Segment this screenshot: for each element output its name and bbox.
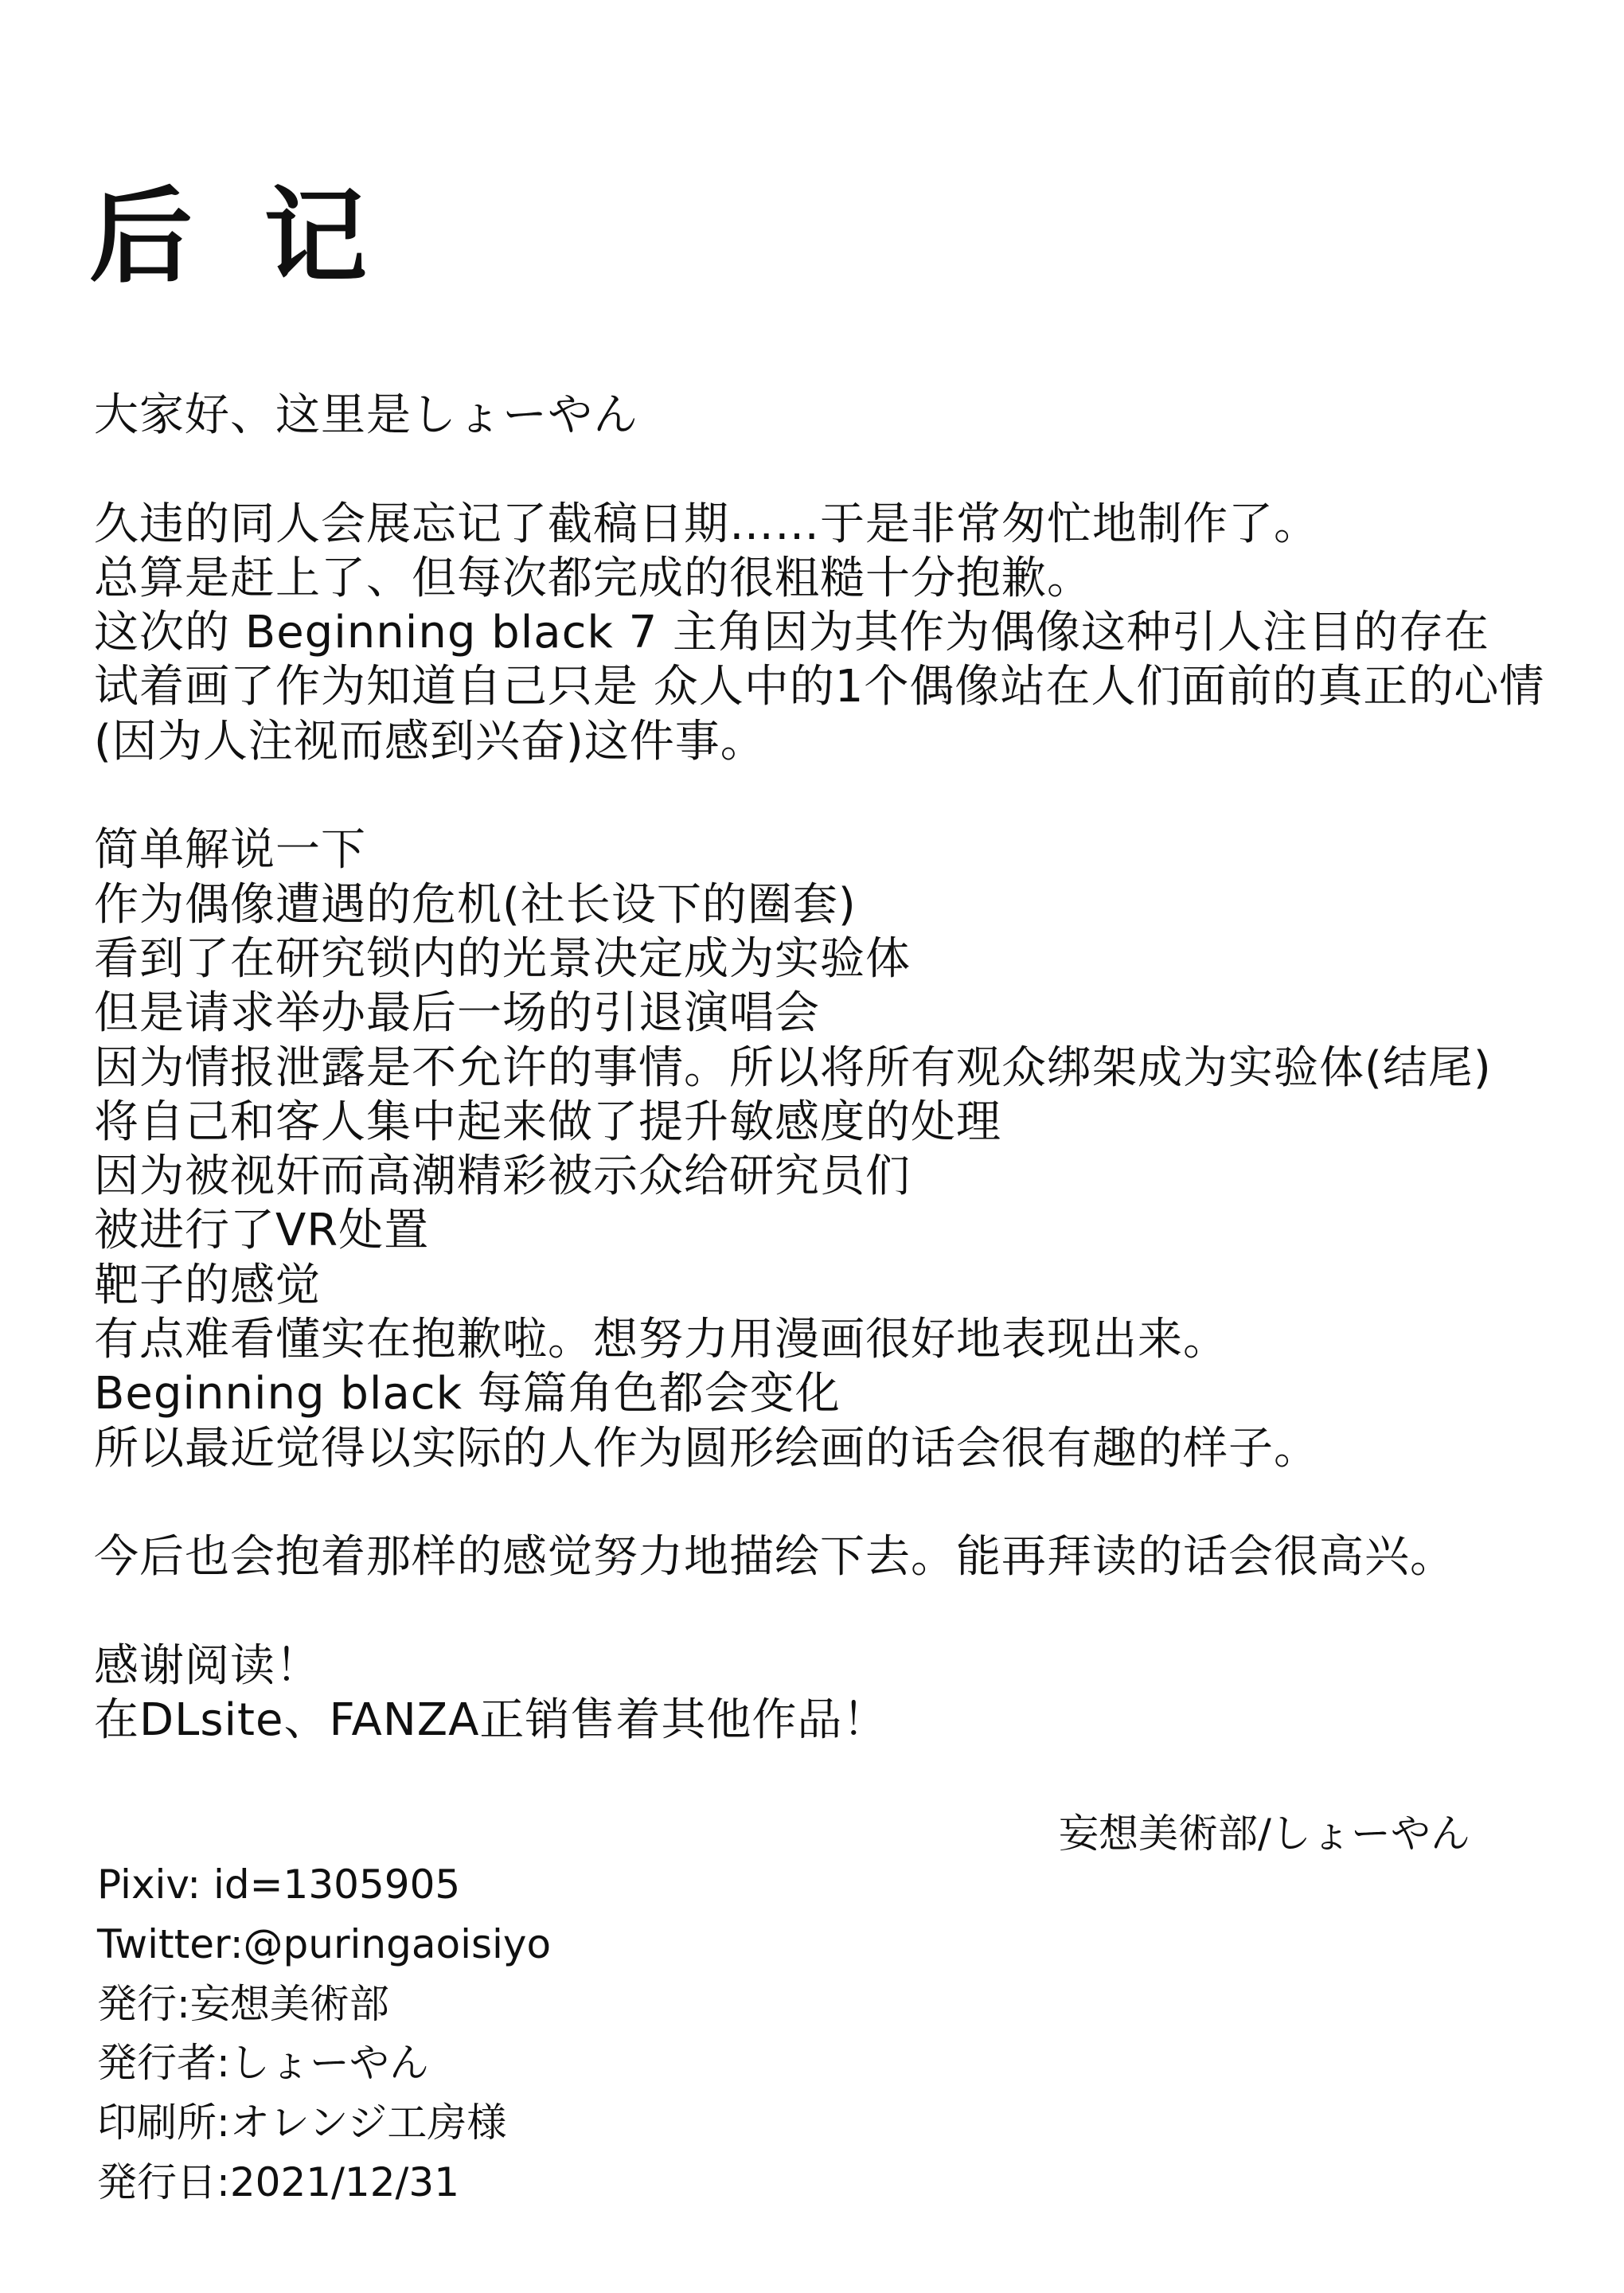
summary-line: 所以最近觉得以实际的人作为圆形绘画的话会很有趣的样子。: [94, 1422, 1544, 1476]
closing-line: 今后也会抱着那样的感觉努力地描绘下去。能再拜读的话会很高兴。: [94, 1530, 1544, 1584]
greeting-line: 大家好、这里是しょーやん: [94, 389, 1544, 443]
afterword-page: 后 记 大家好、这里是しょーやん 久违的同人会展忘记了截稿日期……于是非常匆忙地…: [0, 0, 1624, 2293]
intro-line: 试着画了作为知道自己只是 众人中的1个偶像站在人们面前的真正的心情: [94, 660, 1544, 714]
summary-line: 靶子的感觉: [94, 1259, 1544, 1313]
thanks-line: 在DLsite、FANZA正销售着其他作品！: [94, 1693, 1544, 1748]
summary-line: 简单解说一下: [94, 823, 1544, 877]
thanks-line: 感谢阅读！: [94, 1639, 1544, 1693]
afterword-body: 大家好、这里是しょーやん 久违的同人会展忘记了截稿日期……于是非常匆忙地制作了。…: [94, 389, 1544, 1748]
intro-line: 总算是赶上了、但每次都完成的很粗糙十分抱歉。: [94, 552, 1544, 606]
spacer-line: [94, 1476, 1544, 1530]
summary-line: 看到了在研究锁内的光景决定成为实验体: [94, 932, 1544, 986]
intro-line: 久违的同人会展忘记了截稿日期……于是非常匆忙地制作了。: [94, 498, 1544, 552]
summary-line: 但是请求举办最后一场的引退演唱会: [94, 986, 1544, 1041]
spacer-line: [94, 769, 1544, 823]
summary-line: 因为情报泄露是不允许的事情。所以将所有观众绑架成为实验体(结尾): [94, 1041, 1544, 1096]
page-title: 后 记: [89, 185, 369, 288]
intro-line: 这次的 Beginning black 7 主角因为其作为偶像这种引人注目的存在: [94, 606, 1544, 660]
colophon-pixiv-id: Pixiv: id=1305905: [97, 1855, 551, 1915]
summary-line: 因为被视奸而高潮精彩被示众给研究员们: [94, 1150, 1544, 1204]
colophon-publisher: 発行:妄想美術部: [97, 1975, 551, 2034]
spacer-line: [94, 443, 1544, 497]
summary-line: Beginning black 每篇角色都会变化: [94, 1367, 1544, 1421]
spacer-line: [94, 1585, 1544, 1639]
colophon-printer: 印刷所:オレンジ工房様: [97, 2093, 551, 2153]
summary-line: 作为偶像遭遇的危机(社长设下的圈套): [94, 878, 1544, 932]
colophon-block: Pixiv: id=1305905 Twitter:@puringaoisiyo…: [97, 1855, 551, 2213]
colophon-publish-date: 発行日:2021/12/31: [97, 2153, 551, 2213]
summary-line: 有点难看懂实在抱歉啦。想努力用漫画很好地表现出来。: [94, 1313, 1544, 1367]
colophon-issuer: 発行者:しょーやん: [97, 2033, 551, 2093]
summary-line: 被进行了VR处置: [94, 1204, 1544, 1258]
intro-line: (因为人注视而感到兴奋)这件事。: [94, 715, 1544, 769]
summary-line: 将自己和客人集中起来做了提升敏感度的处理: [94, 1096, 1544, 1150]
colophon-twitter-handle: Twitter:@puringaoisiyo: [97, 1915, 551, 1975]
circle-author-credit: 妄想美術部/しょーやん: [1059, 1814, 1470, 1854]
